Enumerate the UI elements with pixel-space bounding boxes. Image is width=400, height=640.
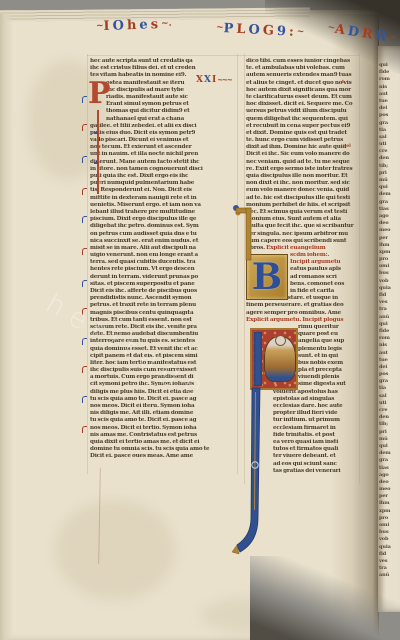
page-left-fore-edge xyxy=(0,14,14,640)
body-text: te. hunc ergo cum vidisset petrus xyxy=(246,137,343,143)
body-text: dixit ad ihm. Domine hic autē quid xyxy=(246,144,346,150)
body-text: te clarificaturus esset deum. Et cum xyxy=(246,94,352,100)
parchment-stain xyxy=(55,500,175,600)
body-text: nec veniam. quid ad te. tu me seque xyxy=(246,159,350,165)
sliver-text-line: ihm xyxy=(379,242,399,249)
text-line: in litore. non tamen cognouerunt disci xyxy=(90,166,236,173)
sliver-text-line: fide xyxy=(379,328,399,335)
text-line: quia dixit ei tertio amas me. et dicit e… xyxy=(90,439,236,446)
header-letter: ~. xyxy=(161,19,172,29)
text-line: ihc est cristus filius dei. et ut creden xyxy=(90,65,236,72)
body-text: puli quia ihc est. Dixit ergo eis ihc xyxy=(90,173,188,179)
body-text: hentes rete piscium. Vt ergo descen xyxy=(90,266,195,272)
running-title-iohes: ~IOhes~. xyxy=(96,17,172,35)
sliver-text-line: den xyxy=(379,414,399,421)
text-line: et dixit. Domine quis est qui tradet xyxy=(246,130,359,137)
header-letter: e xyxy=(139,17,151,32)
sliver-text-line: aut xyxy=(379,91,399,98)
body-text: ostea manifestauit se iterū xyxy=(106,80,184,86)
sliver-text-line: qui xyxy=(379,184,399,191)
sliver-text-line: tue xyxy=(379,357,399,364)
text-line: te. et ambulabas ubi volebas. cum xyxy=(246,65,359,72)
right-page-text-fragments: quifideromnisauttuedeiposgratiasaluticre… xyxy=(379,62,399,580)
sliver-text-line: ago xyxy=(379,213,399,220)
body-text: magnis piscibus centū quinquagīta xyxy=(90,310,193,316)
text-line: galilee. et filii zebedei. et alii ex di… xyxy=(90,123,236,130)
body-text: sitas. et piscem superpositū et panē xyxy=(90,281,195,287)
sliver-text-line: omi xyxy=(379,263,399,270)
text-line: nis diligis me. Ait illi. etiam domine xyxy=(90,410,236,417)
body-text: hoc dixisset. dicit ei. Sequere me. Cō xyxy=(246,101,353,107)
sliver-text-line: tue xyxy=(379,98,399,105)
margin-flourish-mark xyxy=(82,124,87,131)
text-column-left: hec autē scripta sunt ut credatis qaihc … xyxy=(90,58,236,461)
text-line: quem diligebat ihc sequentem. qui xyxy=(246,116,359,123)
body-text: on petrus cum audisset quia dns ē tu xyxy=(90,231,197,237)
text-line: petrus. et traxit rete in terram plenū xyxy=(90,302,236,309)
body-text: dico tibi. cum esses iunior cingebas xyxy=(246,58,350,64)
sliver-text-line: deo xyxy=(379,220,399,227)
text-line: lebant illud trahere pre multitudine xyxy=(90,209,236,216)
sliver-text-line: qui xyxy=(379,321,399,328)
pen-flourish xyxy=(94,162,98,164)
sliver-text-line: bus xyxy=(379,529,399,536)
sliver-text-line: gra xyxy=(379,199,399,206)
body-text: nos meos. Dicit ei tertio. Symon iohā xyxy=(90,425,197,431)
text-line: hoc autem dixit significans qua mor xyxy=(246,87,359,94)
sliver-text-line: vob xyxy=(379,278,399,285)
body-text: quem diligebat ihc sequentem. qui xyxy=(246,116,348,122)
sliver-text-line: ves xyxy=(379,558,399,565)
text-line: hec autē scripta sunt ut credatis qa xyxy=(90,58,236,65)
text-line: diligebat ihc petro. dominus est. Sym xyxy=(90,223,236,230)
text-line: uigio venerunt. non enī longe erant a xyxy=(90,252,236,259)
text-line: tis. Responderunt ei. Non. Dicit eis xyxy=(90,187,236,194)
sliver-text-line: tias xyxy=(379,206,399,213)
sliver-text-line: pos xyxy=(379,371,399,378)
sliver-text-line: qui xyxy=(379,62,399,69)
sliver-text-line: meo xyxy=(379,227,399,234)
sliver-text-line: quia xyxy=(379,285,399,292)
text-line: unt in nauim. et illa nocte nichil pren xyxy=(90,151,236,158)
initial-extensions xyxy=(232,200,312,580)
margin-flourish-mark xyxy=(82,426,87,433)
body-text: riadis. manifestauit autē sic xyxy=(106,94,188,100)
sliver-text-line: fid xyxy=(379,292,399,299)
body-text: lebant illud trahere pre multitudine xyxy=(90,209,195,215)
sliver-text-line: cre xyxy=(379,148,399,155)
text-line: ostea manifestauit se iterū xyxy=(90,80,236,87)
text-line: nis amas me. Contristatus est petrus xyxy=(90,432,236,439)
sliver-text-line: dei xyxy=(379,364,399,371)
text-line: prendidistis nunc. Ascendit symon xyxy=(90,295,236,302)
sliver-text-line: ihm xyxy=(379,500,399,507)
ruling-line xyxy=(87,54,88,474)
sliver-text-line: nis xyxy=(379,84,399,91)
sliver-text-line: fid xyxy=(379,551,399,558)
sliver-text-line: ves xyxy=(379,299,399,306)
text-line: hoc dixisset. dicit ei. Sequere me. Cō xyxy=(246,101,359,108)
body-text: diligebat ihc petro. dominus est. Sym xyxy=(90,223,199,229)
body-text: nos meos. Dicit ei iterū. Symon iohā xyxy=(90,403,195,409)
text-line: eum volo manere donec veniā. quid xyxy=(246,187,359,194)
text-line: thomas qui dicitur didim9 et xyxy=(90,108,236,115)
header-letter: I xyxy=(103,19,113,34)
text-line: vado piscari. Dicunt ei venimus et xyxy=(90,137,236,144)
body-text: nis amas me. Contristatus est petrus xyxy=(90,432,197,438)
body-text: uenietis. Miserunt ergo. et iam non va xyxy=(90,202,201,208)
body-text: thomas qui dicitur didim9 et xyxy=(106,108,190,114)
sliver-text-line: tib; xyxy=(379,421,399,428)
text-line: Dicit eis ihc. afferte de piscibus quos xyxy=(90,288,236,295)
pen-flourish xyxy=(94,132,98,134)
body-text: Dicit ei ihc. Sic eum volo manere do xyxy=(246,151,350,157)
text-line: nica succinxit se. erat enim nudus. et xyxy=(90,238,236,245)
text-line: tu scis quia amo te. Dicit ei. pasce ag xyxy=(90,417,236,424)
text-line: magnis piscibus centū quinquagīta xyxy=(90,310,236,317)
sliver-text-line: tib; xyxy=(379,163,399,170)
text-line: Erant simul symon petrus et xyxy=(90,101,236,108)
body-text: misit se in mare. Alii aūt discipuli na xyxy=(90,245,196,251)
text-line: misit se in mare. Alii aūt discipuli na xyxy=(90,245,236,252)
text-line: riadis. manifestauit autē sic xyxy=(90,94,236,101)
text-line: mittite in dexteram nauigii rete et in xyxy=(90,195,236,202)
sliver-text-line: mū xyxy=(379,177,399,184)
text-line: piscium. Dixit ergo discipulus ille qē xyxy=(90,216,236,223)
body-text: tis. Responderunt ei. Non. Dicit eis xyxy=(90,187,192,193)
gold-bar-stem xyxy=(246,208,251,260)
header-letter: h xyxy=(127,18,140,33)
text-line: quia discipulus ille non moritur. Et xyxy=(246,173,359,180)
body-text: et dixit. Domine quis est qui tradet xyxy=(246,130,347,136)
body-text: nathanael qui erat a chana xyxy=(106,116,184,122)
sliver-text-line: mū xyxy=(379,436,399,443)
text-line: Dicit ei ihc. Sic eum volo manere do xyxy=(246,151,359,158)
body-text: petrus. et traxit rete in terram plenū xyxy=(90,302,196,308)
text-line: on petrus cum audisset quia dns ē tu xyxy=(90,231,236,238)
sliver-text-line: nis xyxy=(379,342,399,349)
sliver-text-line: uti xyxy=(379,141,399,148)
text-line: Dicit ei. pasce oues meas. Amē amē xyxy=(90,453,236,460)
sliver-text-line: pri xyxy=(379,429,399,436)
body-text: Dicit ei. pasce oues meas. Amē amē xyxy=(90,453,193,459)
body-text: diderunt. Mane autem facto stetit ihc xyxy=(90,159,199,165)
marginal-note: uel xyxy=(343,144,351,149)
text-line: tu scis quia amo te. Dicit ei. pasce ag xyxy=(90,396,236,403)
sliver-text-line: tra xyxy=(379,565,399,572)
text-line: hentes rete piscium. Vt ergo descen xyxy=(90,266,236,273)
text-line: terra. sed quasi cubitis ducentis. tra xyxy=(90,259,236,266)
sliver-text-line: deo xyxy=(379,479,399,486)
sliver-text-line: per xyxy=(379,493,399,500)
marginal-note: t. xyxy=(342,80,346,85)
ruling-line xyxy=(87,55,359,56)
sliver-text-line: xpm xyxy=(379,508,399,515)
text-line: nec veniam. quid ad te. tu me seque xyxy=(246,159,359,166)
body-text: autem senueris extendes man9 tuas xyxy=(246,72,351,78)
margin-flourish-mark xyxy=(82,248,87,255)
sliver-text-line: tra xyxy=(379,306,399,313)
manuscript-photo: { "colors":{"red":"#a63c23","blue":"#355… xyxy=(0,0,400,640)
margin-flourish-mark xyxy=(82,280,87,287)
header-letter: s xyxy=(150,17,161,32)
text-line: nos meos. Dicit ei tertio. Symon iohā xyxy=(90,425,236,432)
body-text: mittite in dexteram nauigii rete et in xyxy=(90,195,197,201)
text-line: te clarificaturus esset deum. Et cum xyxy=(246,94,359,101)
sliver-text-line: pro xyxy=(379,256,399,263)
initial-p-john: P xyxy=(88,80,111,108)
text-line: autem senueris extendes man9 tuas xyxy=(246,72,359,79)
text-line: pulis eius duo. Dicit eis symon petr9 xyxy=(90,130,236,137)
body-text: Dicit eis ihc. afferte de piscibus quos xyxy=(90,288,197,294)
sliver-text-line: quia xyxy=(379,544,399,551)
sliver-text-line: per xyxy=(379,235,399,242)
header-letter: G xyxy=(262,23,277,39)
sliver-text-line: cre xyxy=(379,407,399,414)
body-text: prendidistis nunc. Ascendit symon xyxy=(90,295,191,301)
body-text: non dixit ei ihc. non moritur. sed sic xyxy=(246,180,350,186)
body-text: uigio venerunt. non enī longe erant a xyxy=(90,252,198,258)
sliver-text-line: uti xyxy=(379,400,399,407)
sliver-text-line: rom xyxy=(379,76,399,83)
body-text: nica succinxit se. erat enim nudus. et xyxy=(90,238,198,244)
body-text: hoc autem dixit significans qua mor xyxy=(246,87,351,93)
sliver-text-line: dem xyxy=(379,450,399,457)
text-line: tes vitam habeatis in nomine ei9. xyxy=(90,72,236,79)
ruling-line xyxy=(359,54,360,484)
sliver-text-line: anū xyxy=(379,572,399,579)
body-text: te. et ambulabas ubi volebas. cum xyxy=(246,65,345,71)
text-line: sitas. et piscem superpositū et panē xyxy=(90,281,236,288)
text-line: uenietis. Miserunt ergo. et iam non va xyxy=(90,202,236,209)
sliver-text-line: pro xyxy=(379,515,399,522)
text-line: re. Exiit ergo sermo iste inter fratres xyxy=(246,166,359,173)
sliver-text-line: gra xyxy=(379,457,399,464)
sliver-text-line: vob xyxy=(379,536,399,543)
text-line: ihc discipulis ad mare tybe xyxy=(90,87,236,94)
sliver-text-line: dei xyxy=(379,105,399,112)
body-text: tu scis quia amo te. Dicit ei. pasce ag xyxy=(90,396,196,402)
body-text: vado piscari. Dicunt ei venimus et xyxy=(90,137,188,143)
sliver-text-line: dem xyxy=(379,191,399,198)
text-line: non dixit ei ihc. non moritur. sed sic xyxy=(246,180,359,187)
header-letter: O xyxy=(248,22,263,38)
initial-p-john-stem xyxy=(97,110,99,194)
sliver-text-line: qui xyxy=(379,443,399,450)
body-text: domine tu omnia scis. tu scis quia amo t… xyxy=(90,446,209,452)
margin-flourish-mark xyxy=(82,216,87,223)
text-line: diligis me plus hiis. Dicit ei etiā dne xyxy=(90,389,236,396)
sliver-text-line: rom xyxy=(379,335,399,342)
sliver-text-line: gra xyxy=(379,378,399,385)
sliver-text-line: fide xyxy=(379,69,399,76)
sliver-text-line: pri xyxy=(379,170,399,177)
body-text: pueri numquid pulmentarium habe xyxy=(90,180,194,186)
body-text: eum volo manere donec veniā. quid xyxy=(246,187,349,193)
text-line: nathanael qui erat a chana xyxy=(90,116,236,123)
text-line: domine tu omnia scis. tu scis quia amo t… xyxy=(90,446,236,453)
margin-flourish-mark xyxy=(82,396,87,403)
sliver-text-line: sal xyxy=(379,134,399,141)
body-text: et recubuit in cena super pectus ei9 xyxy=(246,123,350,129)
text-line: pueri numquid pulmentarium habe xyxy=(90,180,236,187)
sliver-text-line: sal xyxy=(379,393,399,400)
text-line: nos meos. Dicit ei iterū. Symon iohā xyxy=(90,403,236,410)
header-letter: R xyxy=(374,28,390,45)
margin-flourish-mark xyxy=(82,96,87,103)
body-text: in litore. non tamen cognouerunt disci xyxy=(90,166,203,172)
body-text: re. Exiit ergo sermo iste inter fratres xyxy=(246,166,353,172)
body-text: quia dixit ei tertio amas me. et dicit e… xyxy=(90,439,199,445)
body-text: uersus petrus vidit illum discipulū xyxy=(246,108,347,114)
text-line: puli quia ihc est. Dixit ergo eis ihc xyxy=(90,173,236,180)
sliver-text-line: tia xyxy=(379,127,399,134)
text-line: nos tecum. Et exierunt et ascender xyxy=(90,144,236,151)
header-letter: 9 xyxy=(276,24,289,40)
text-line: derunt in terram. viderunt prunas po xyxy=(90,274,236,281)
body-text: ihc est cristus filius dei. et ut creden xyxy=(90,65,196,71)
sliver-text-line: xpm xyxy=(379,249,399,256)
sliver-text-line: den xyxy=(379,155,399,162)
header-letter: ~ xyxy=(389,32,398,43)
body-text: quia discipulus ille non moritur. Et xyxy=(246,173,348,179)
body-text: galilee. et filii zebedei. et alii ex di… xyxy=(90,123,197,129)
text-line: uersus petrus vidit illum discipulū xyxy=(246,108,359,115)
body-text: hec autē scripta sunt ut credatis qa xyxy=(90,58,193,64)
body-text: pulis eius duo. Dicit eis symon petr9 xyxy=(90,130,195,136)
sliver-text-line: aut xyxy=(379,350,399,357)
initial-p-descender xyxy=(237,388,260,552)
sliver-text-line: omi xyxy=(379,522,399,529)
sliver-text-line: tias xyxy=(379,465,399,472)
body-text: nis diligis me. Ait illi. etiam domine xyxy=(90,410,193,416)
text-line: dico tibi. cum esses iunior cingebas xyxy=(246,58,359,65)
body-text: derunt in terram. viderunt prunas po xyxy=(90,274,198,280)
margin-flourish-mark xyxy=(82,156,87,163)
margin-flourish-mark xyxy=(82,188,87,195)
sliver-text-line: tia xyxy=(379,385,399,392)
sliver-text-line: meo xyxy=(379,486,399,493)
text-line: et recubuit in cena super pectus ei9 xyxy=(246,123,359,130)
body-text: unt in nauim. et illa nocte nichil pren xyxy=(90,151,198,157)
body-text: et alius te cinget. et ducet quo nō vis xyxy=(246,80,352,86)
body-text: nos tecum. Et exierunt et ascender xyxy=(90,144,192,150)
header-letter: O xyxy=(112,18,127,33)
body-text: Erant simul symon petrus et xyxy=(106,101,189,107)
text-line: diderunt. Mane autem facto stetit ihc xyxy=(90,159,236,166)
body-text: ihc discipulis ad mare tybe xyxy=(106,87,184,93)
sliver-text-line: gra xyxy=(379,120,399,127)
sliver-text-line: anū xyxy=(379,314,399,321)
sliver-text-line: ago xyxy=(379,472,399,479)
body-text: tu scis quia amo te. Dicit ei. pasce ag xyxy=(90,417,196,423)
sliver-text-line: bus xyxy=(379,270,399,277)
body-text: terra. sed quasi cubitis ducentis. tra xyxy=(90,259,195,265)
body-text: piscium. Dixit ergo discipulus ille qē xyxy=(90,216,196,222)
sliver-text-line: pos xyxy=(379,112,399,119)
header-letter: ~ xyxy=(296,27,304,37)
margin-flourish-mark xyxy=(82,366,87,373)
